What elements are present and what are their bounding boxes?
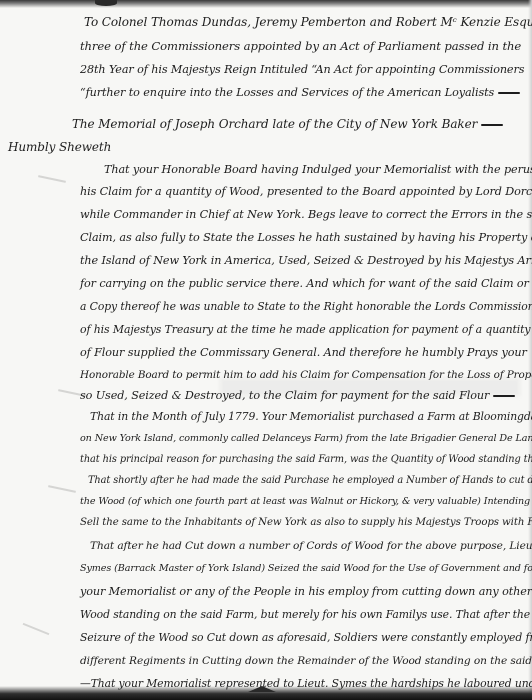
body-line: the Wood (of which one fourth part at le… <box>80 495 532 509</box>
top-edge-notch <box>95 0 117 6</box>
document-page: To Colonel Thomas Dundas, Jeremy Pembert… <box>0 0 532 700</box>
address-line-text: “further to enquire into the Losses and … <box>80 86 494 99</box>
address-line: 28th Year of his Majestys Reign Intitule… <box>80 63 524 77</box>
memorial-heading-text: The Memorial of Joseph Orchard late of t… <box>72 117 477 131</box>
body-line: Symes (Barrack Master of York Island) Se… <box>80 562 532 576</box>
salutation: Humbly Sheweth <box>8 140 111 154</box>
body-line: on New York Island, commonly called Dela… <box>80 432 532 446</box>
body-line: your Memorialist or any of the People in… <box>80 585 532 599</box>
torn-bottom-edge <box>0 686 532 700</box>
body-line: Sell the same to the Inhabitants of New … <box>80 516 532 530</box>
body-line: a Copy thereof he was unable to State to… <box>80 300 532 314</box>
body-line: That your Honorable Board having Indulge… <box>104 163 532 177</box>
memorial-heading: The Memorial of Joseph Orchard late of t… <box>72 117 503 131</box>
body-line: Wood standing on the said Farm, but mere… <box>80 608 530 622</box>
body-line: Honorable Board to permit him to add his… <box>80 368 532 382</box>
body-line: Seizure of the Wood so Cut down as afore… <box>80 631 532 645</box>
margin-mark <box>38 175 66 183</box>
body-line: for carrying on the public service there… <box>80 277 529 291</box>
body-line: That after he had Cut down a number of C… <box>90 539 532 553</box>
bottom-edge-peak <box>248 686 276 692</box>
body-line: That in the Month of July 1779. Your Mem… <box>90 410 532 424</box>
body-line: his Claim for a quantity of Wood, presen… <box>80 185 532 199</box>
flourish-dash <box>493 395 515 397</box>
address-line: “further to enquire into the Losses and … <box>80 86 520 100</box>
margin-mark <box>48 485 76 493</box>
body-line: of Flour supplied the Commissary General… <box>80 346 527 360</box>
body-line-text: Sell the same to the Inhabitants of New … <box>80 517 532 528</box>
body-line: Claim, as also fully to State the Losses… <box>80 231 532 245</box>
flourish-dash <box>498 92 520 94</box>
address-line: To Colonel Thomas Dundas, Jeremy Pembert… <box>84 15 532 29</box>
address-line: three of the Commissioners appointed by … <box>80 39 521 53</box>
margin-mark <box>23 623 50 635</box>
body-line: different Regiments in Cutting down the … <box>80 654 532 668</box>
body-line: that his principal reason for purchasing… <box>80 453 532 467</box>
body-line: of his Majestys Treasury at the time he … <box>80 323 530 337</box>
body-line: the Island of New York in America, Used,… <box>80 254 532 268</box>
body-line-text: so Used, Seized & Destroyed, to the Clai… <box>80 389 489 402</box>
body-line: while Commander in Chief at New York. Be… <box>80 208 532 222</box>
torn-top-edge <box>0 0 532 8</box>
body-line: so Used, Seized & Destroyed, to the Clai… <box>80 389 515 403</box>
flourish-dash <box>481 124 503 126</box>
body-line: That shortly after he had made the said … <box>88 474 532 488</box>
